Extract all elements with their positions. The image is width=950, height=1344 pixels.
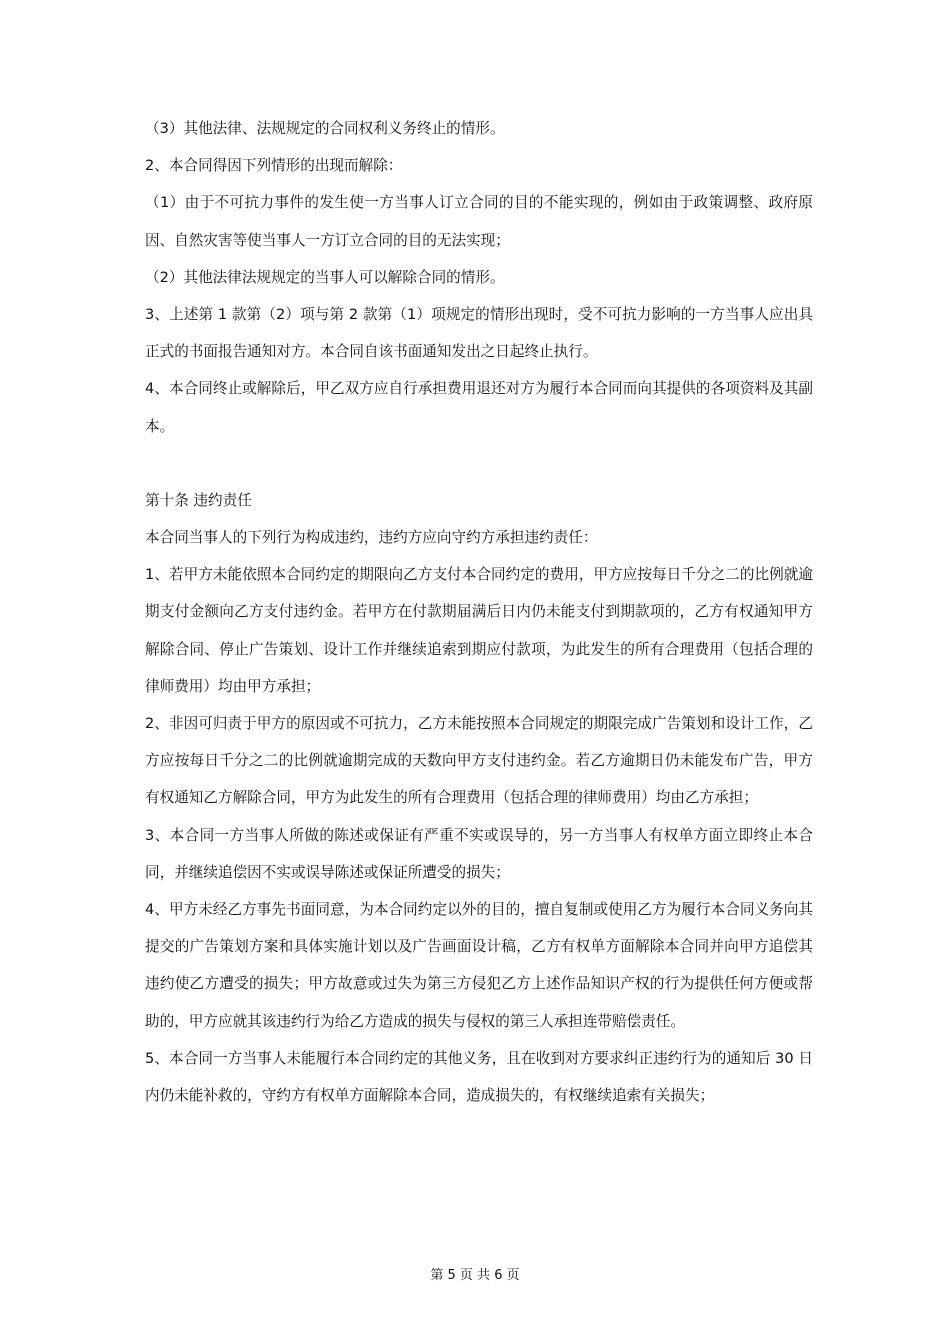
section-title: 第十条 违约责任 <box>145 482 813 519</box>
paragraph: 4、甲方未经乙方事先书面同意，为本合同约定以外的目的，擅自复制或使用乙方为履行本… <box>145 891 813 1040</box>
paragraph: 2、本合同得因下列情形的出现而解除： <box>145 147 813 184</box>
page-number-footer: 第 5 页 共 6 页 <box>0 1264 950 1283</box>
paragraph: （3）其他法律、法规规定的合同权利义务终止的情形。 <box>145 110 813 147</box>
document-page: （3）其他法律、法规规定的合同权利义务终止的情形。 2、本合同得因下列情形的出现… <box>145 110 813 1114</box>
paragraph: 3、本合同一方当事人所做的陈述或保证有严重不实或误导的，另一方当事人有权单方面立… <box>145 817 813 891</box>
paragraph: 1、若甲方未能依照本合同约定的期限向乙方支付本合同约定的费用，甲方应按每日千分之… <box>145 556 813 705</box>
paragraph: 3、上述第 1 款第（2）项与第 2 款第（1）项规定的情形出现时，受不可抗力影… <box>145 296 813 370</box>
paragraph: 4、本合同终止或解除后，甲乙双方应自行承担费用退还对方为履行本合同而向其提供的各… <box>145 370 813 444</box>
paragraph: （2）其他法律法规规定的当事人可以解除合同的情形。 <box>145 259 813 296</box>
paragraph: 本合同当事人的下列行为构成违约，违约方应向守约方承担违约责任： <box>145 519 813 556</box>
paragraph: 5、本合同一方当事人未能履行本合同约定的其他义务，且在收到对方要求纠正违约行为的… <box>145 1040 813 1114</box>
paragraph: （1）由于不可抗力事件的发生使一方当事人订立合同的目的不能实现的，例如由于政策调… <box>145 184 813 258</box>
paragraph: 2、非因可归责于甲方的原因或不可抗力，乙方未能按照本合同规定的期限完成广告策划和… <box>145 705 813 817</box>
section-spacer <box>145 445 813 482</box>
